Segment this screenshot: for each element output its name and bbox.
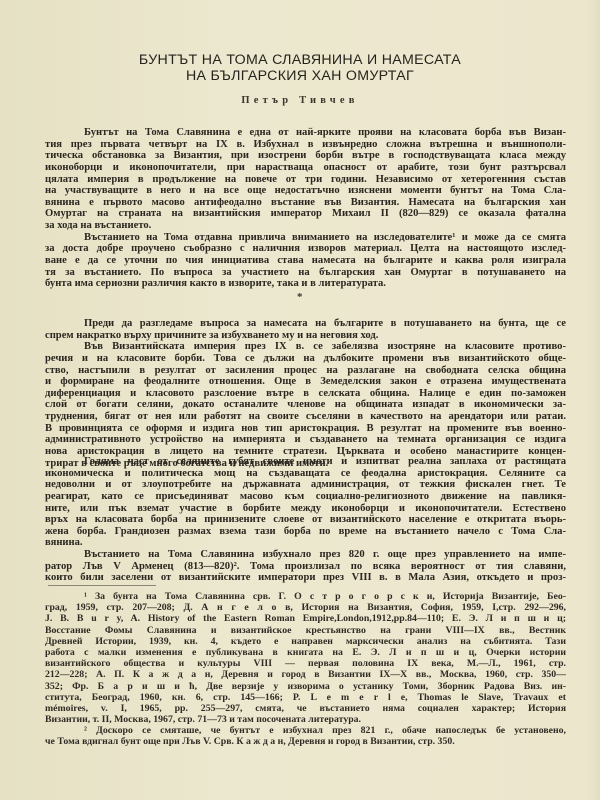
footnotes: ¹ За бунта на Тома Славянина срв. Г. О с… bbox=[45, 591, 566, 748]
text-line: жена борба. Грандиозен размах взема тази… bbox=[45, 526, 566, 538]
text-line: Преди да разгледаме въпроса за намесата … bbox=[45, 318, 566, 330]
text-line: и формиране на феодалните отношения. Още… bbox=[45, 376, 566, 388]
text-line: Във Византийската империя през IX в. се … bbox=[45, 341, 566, 353]
footnote-line: 352; Фр. Б а р и ш и ћ, Две верзије у из… bbox=[45, 681, 566, 692]
text-line: за хода на въстанието. bbox=[45, 220, 566, 232]
scanned-page: БУНТЪТ НА ТОМА СЛАВЯНИНА И НАМЕСАТА НА Б… bbox=[0, 0, 600, 800]
text-line: вянина е първото масово антифеодално въс… bbox=[45, 197, 566, 209]
text-line: за доста добре проучено съобразно с нали… bbox=[45, 243, 566, 255]
footnote-line: град, 1959, стр. 207—208; Д. А н г е л о… bbox=[45, 602, 566, 613]
text-line: иконоборци и иконопочитатели, при нараст… bbox=[45, 162, 566, 174]
text-line: В провинцията се оформя и издига нов тип… bbox=[45, 423, 566, 435]
footnote-line: mémoires, v. I, 1965, pp. 255—297, смята… bbox=[45, 703, 566, 714]
footnote-line: че Тома вдигнал бунт още при Лъв V. Срв.… bbox=[45, 736, 566, 747]
text-line: ратор Лъв V Арменец (813—820)². Тома про… bbox=[45, 561, 566, 573]
text-line: реагират, като се присъединяват масово к… bbox=[45, 491, 566, 503]
text-line: цялата империя в продължение на повече о… bbox=[45, 174, 566, 186]
text-line: Бунтът на Тома Славянина е една от най-я… bbox=[45, 127, 566, 139]
footnote-line: ститута, Београд, 1960, кн. 6, стр. 145—… bbox=[45, 692, 566, 703]
section-causes: Преди да разгледаме въпроса за намесата … bbox=[45, 318, 566, 469]
footnote-divider bbox=[48, 585, 156, 586]
text-line: Омуртаг на страната на византийския импе… bbox=[45, 208, 566, 220]
title-block: БУНТЪТ НА ТОМА СЛАВЯНИНА И НАМЕСАТА НА Б… bbox=[0, 52, 600, 106]
author-name: Петър Тивчев bbox=[0, 95, 600, 106]
footnote-line: ¹ За бунта на Тома Славянина срв. Г. О с… bbox=[45, 591, 566, 602]
text-line: връх на класовата борба на принизените с… bbox=[45, 514, 566, 526]
text-line: вянина. bbox=[45, 537, 566, 549]
footnote-line: J. B. B u r y, A. History of the Eastern… bbox=[45, 613, 566, 624]
text-line: Въстанието на Тома отдавна привлича вним… bbox=[45, 232, 566, 244]
footnote-line: Древней Истории, 1939, кн. 4, където е н… bbox=[45, 636, 566, 647]
text-line: ните, или пък вземат участие в борбите м… bbox=[45, 503, 566, 515]
article-title-line-2: НА БЪЛГАРСКИЯ ХАН ОМУРТАГ bbox=[0, 68, 600, 84]
section-separator: * bbox=[297, 291, 303, 303]
text-line: труднения, бягат от нея или работят на с… bbox=[45, 411, 566, 423]
footnote-line: Восстание Фомы Славянина и византийское … bbox=[45, 625, 566, 636]
text-line: тическа обстановка за Византия, при изос… bbox=[45, 150, 566, 162]
text-line: административното устройство на империят… bbox=[45, 434, 566, 446]
section-introduction: Бунтът на Тома Славянина е една от най-я… bbox=[45, 127, 566, 290]
text-line: тя за въстанието. По въпроса за участиет… bbox=[45, 267, 566, 279]
footnote-line: византийского общества и культуры VIII —… bbox=[45, 658, 566, 669]
text-line: икономическа и политическа мощ на създав… bbox=[45, 468, 566, 480]
footnote-line: ² Доскоро се смяташе, че бунтът е избухн… bbox=[45, 725, 566, 736]
text-line: Голяма част от селяните губят своите имо… bbox=[45, 456, 566, 468]
footnote-line: 212—228; А. П. К а ж д а н, Деревня и го… bbox=[45, 669, 566, 680]
text-line: ство, настъпили в резултат от засиления … bbox=[45, 365, 566, 377]
footnote-line: работа с малки изменения е публикувана в… bbox=[45, 647, 566, 658]
text-line: които били заселени от византийските имп… bbox=[45, 572, 566, 584]
text-line: тия през първата четвърт на IX в. Избухн… bbox=[45, 139, 566, 151]
text-line: речия и на класовите борби. Това се дълж… bbox=[45, 353, 566, 365]
section-uprising: Голяма част от селяните губят своите имо… bbox=[45, 456, 566, 584]
text-line: слой от богати селяни, докато останалите… bbox=[45, 399, 566, 411]
text-line: Въстанието на Тома Славянина избухнало п… bbox=[45, 549, 566, 561]
text-line: недоволни и от злоупотребите на държавна… bbox=[45, 479, 566, 491]
article-title-line-1: БУНТЪТ НА ТОМА СЛАВЯНИНА И НАМЕСАТА bbox=[0, 52, 600, 68]
text-line: бунта има сериозни различия както в изво… bbox=[45, 278, 566, 290]
footnote-line: Византии, т. II, Москва, 1967, стр. 71—7… bbox=[45, 714, 566, 725]
text-line: диференциация и класовото разслоение вът… bbox=[45, 388, 566, 400]
text-line: спрем накратко върху причините за избухв… bbox=[45, 330, 566, 342]
scan-shadow bbox=[586, 0, 600, 800]
text-line: на участвуващите в него и на все още нед… bbox=[45, 185, 566, 197]
text-line: ване е да се уточни по чия инициатива ст… bbox=[45, 255, 566, 267]
